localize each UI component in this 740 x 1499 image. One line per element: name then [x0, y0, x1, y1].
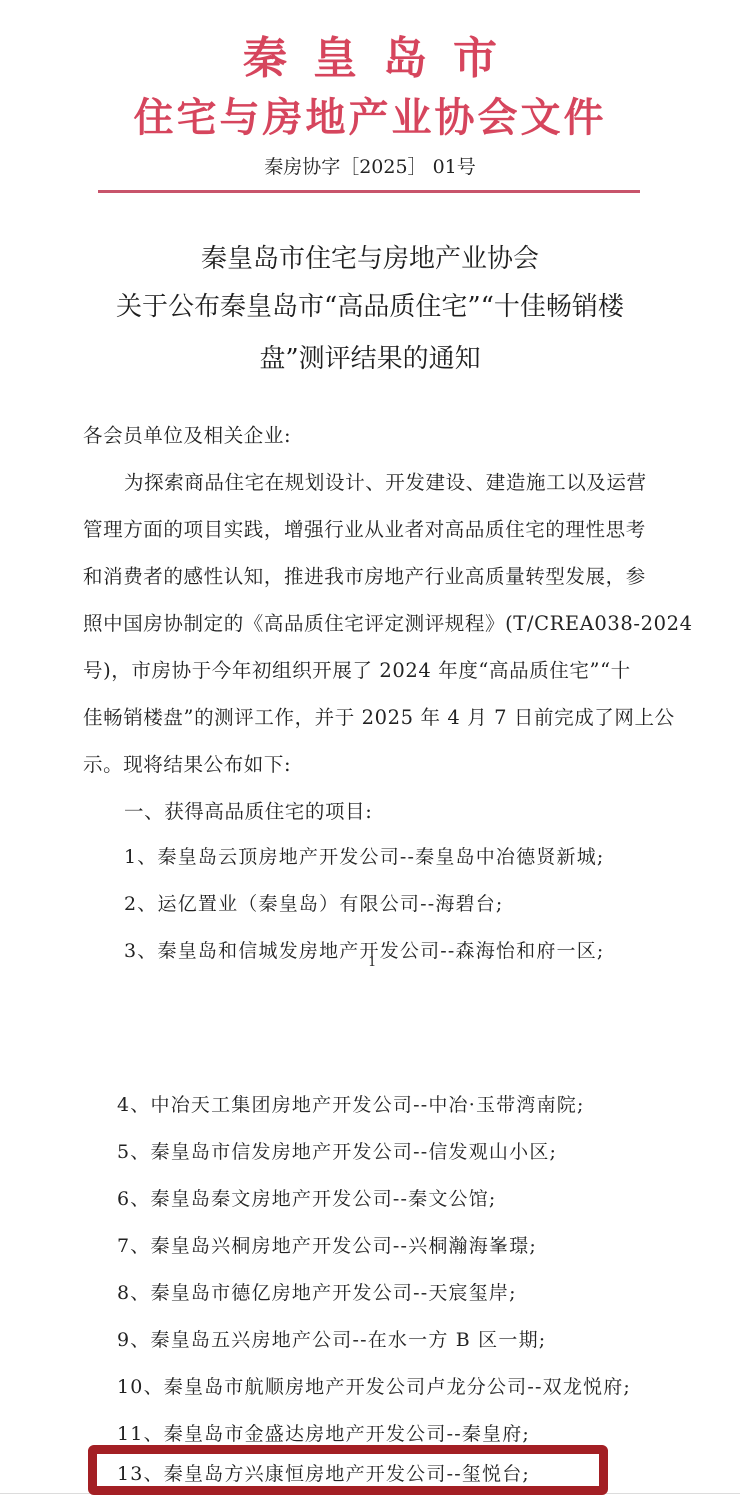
project-list-item: 11、秦皇岛市金盛达房地产开发公司--秦皇府; [117, 1419, 530, 1446]
salutation: 各会员单位及相关企业: [83, 420, 291, 448]
paragraph-line: 照中国房协制定的《高品质住宅评定测评规程》(T/CREA038-2024 [83, 608, 693, 636]
document-number: 秦房协字［2025］ 01号 [0, 152, 740, 179]
paragraph-line: 和消费者的感性认知，推进我市房地产行业高质量转型发展，参 [83, 561, 646, 589]
paragraph-line: 号)，市房协于今年初组织开展了 2024 年度“高品质住宅”“十 [83, 655, 631, 683]
issuer-header-org: 住宅与房地产业协会文件 [0, 86, 740, 143]
project-list-item: 4、中冶天工集团房地产开发公司--中冶·玉带湾南院; [117, 1090, 585, 1117]
project-list-item: 5、秦皇岛市信发房地产开发公司--信发观山小区; [117, 1137, 557, 1164]
project-list-item: 10、秦皇岛市航顺房地产开发公司卢龙分公司--双龙悦府; [117, 1372, 631, 1399]
issuer-header-city: 秦皇岛市 [0, 22, 740, 86]
highlighted-project-list-item: 13、秦皇岛方兴康恒房地产开发公司--玺悦台; [117, 1459, 530, 1486]
project-list-item: 7、秦皇岛兴桐房地产开发公司--兴桐瀚海峯璟; [117, 1231, 537, 1258]
project-list-item: 2、运亿置业（秦皇岛）有限公司--海碧台; [124, 889, 504, 916]
project-list-item: 3、秦皇岛和信城发房地产开发公司--森海怡和府一区; [124, 936, 605, 963]
paragraph-line: 为探索商品住宅在规划设计、开发建设、建造施工以及运营 [124, 467, 647, 495]
notice-title-line-2: 关于公布秦皇岛市“高品质住宅”“十佳畅销楼 [0, 286, 740, 323]
section-heading: 一、获得高品质住宅的项目: [124, 796, 372, 824]
project-list-item: 8、秦皇岛市德亿房地产开发公司--天宸玺岸; [117, 1278, 517, 1305]
paragraph-line: 管理方面的项目实践，增强行业从业者对高品质住宅的理性思考 [83, 514, 646, 542]
paragraph-line: 佳畅销楼盘”的测评工作，并于 2025 年 4 月 7 日前完成了网上公 [83, 702, 675, 730]
page-number: 1 [368, 955, 376, 970]
red-divider [98, 190, 640, 193]
paragraph-line: 示。现将结果公布如下: [83, 749, 291, 777]
project-list-item: 9、秦皇岛五兴房地产公司--在水一方 B 区一期; [117, 1325, 546, 1352]
notice-title-line-1: 秦皇岛市住宅与房地产业协会 [0, 238, 740, 275]
project-list-item: 6、秦皇岛秦文房地产开发公司--秦文公馆; [117, 1184, 497, 1211]
notice-title-line-3: 盘”测评结果的通知 [0, 338, 740, 375]
project-list-item: 1、秦皇岛云顶房地产开发公司--秦皇岛中冶德贤新城; [124, 842, 605, 869]
